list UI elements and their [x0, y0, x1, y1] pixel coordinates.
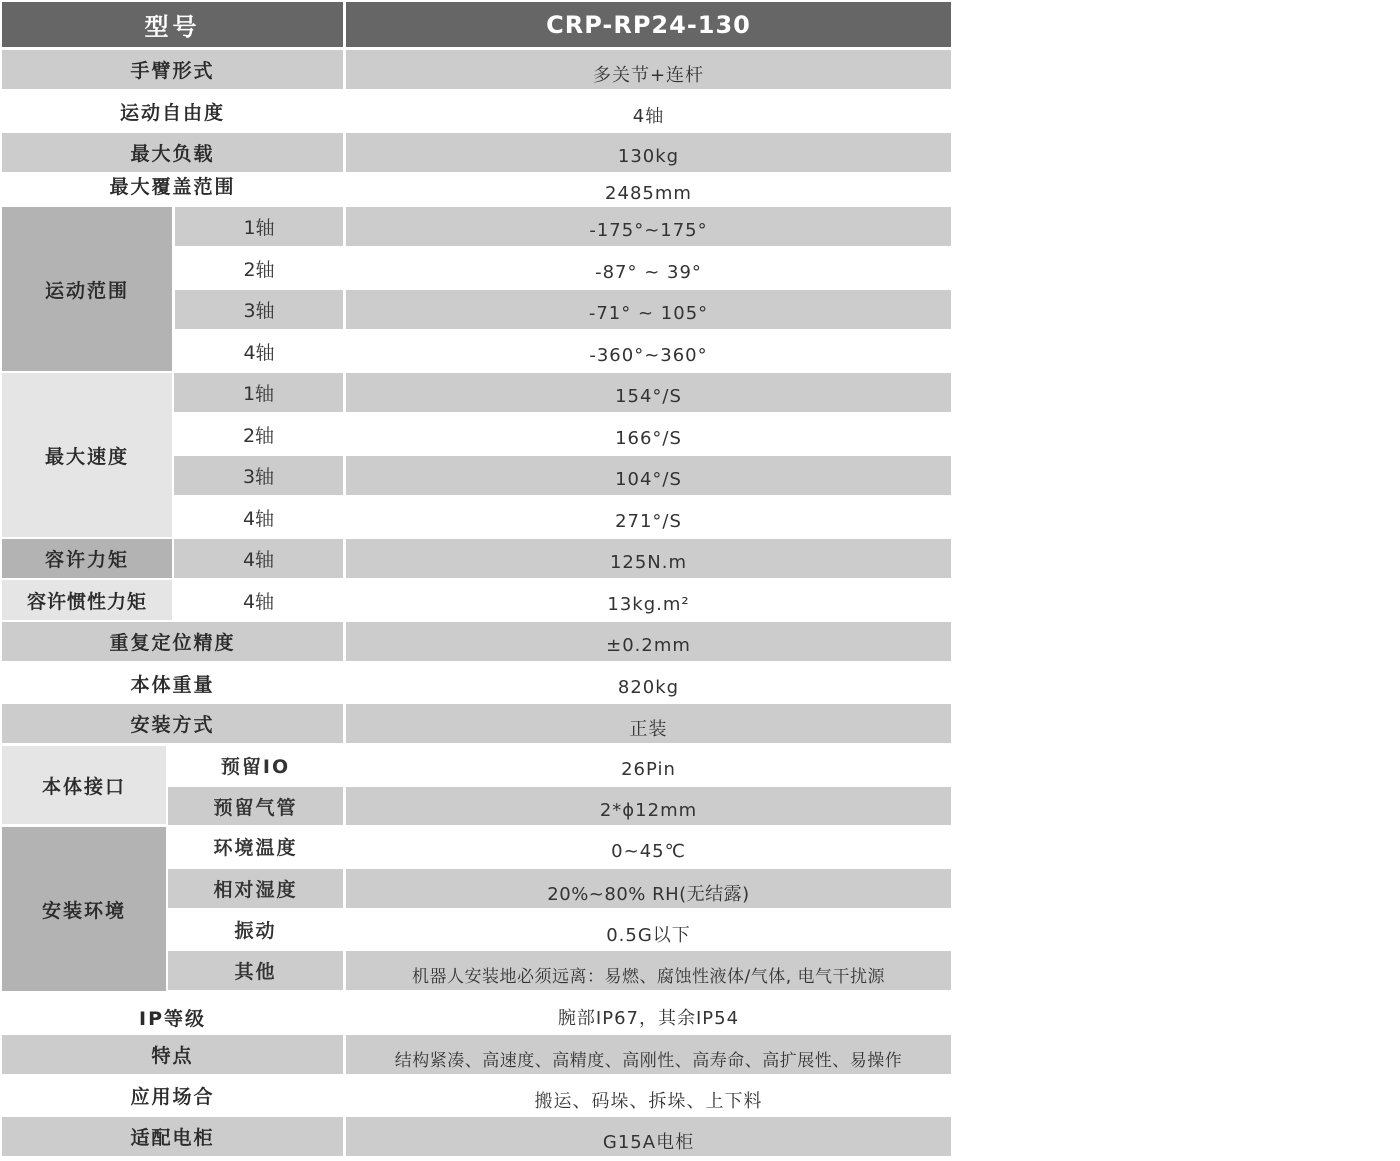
- repeatability-label: 重复定位精度: [2, 622, 343, 661]
- features-value: 结构紧凑、高速度、高精度、高刚性、高寿命、高扩展性、易操作: [346, 1035, 951, 1074]
- max-speed-value-4: 271°/S: [346, 497, 951, 538]
- dof-value: 4轴: [346, 91, 951, 131]
- env-other-value: 机器人安装地必须远离：易燃、腐蚀性液体/气体, 电气干扰源: [346, 951, 951, 990]
- applications-value: 搬运、码垛、拆垛、上下料: [346, 1075, 951, 1116]
- interface-air-value: 2*ϕ12mm: [346, 787, 951, 825]
- max-reach-value: 2485mm: [346, 172, 951, 207]
- env-humidity-value: 20%~80% RH(无结露): [346, 869, 951, 908]
- controller-label: 适配电柜: [2, 1117, 343, 1156]
- features-label: 特点: [2, 1035, 343, 1074]
- allowable-inertia-value: 13kg.m²: [346, 580, 951, 620]
- motion-range-value-1: -175°~175°: [346, 207, 951, 246]
- header-label-cell: 型号: [2, 2, 343, 47]
- header-label: 型号: [145, 7, 201, 42]
- allowable-torque-value: 125N.m: [346, 539, 951, 578]
- max-speed-axis-1: 1轴: [174, 373, 343, 412]
- max-reach-label: 最大覆盖范围: [2, 172, 343, 204]
- env-vibration-label: 振动: [168, 910, 343, 950]
- interface-air-label: 预留气管: [168, 787, 343, 825]
- controller-value: G15A电柜: [346, 1117, 951, 1156]
- motion-range-value-2: -87° ~ 39°: [346, 248, 951, 289]
- max-speed-label: 最大速度: [2, 373, 172, 537]
- motion-range-axis-4: 4轴: [175, 331, 343, 372]
- interface-label: 本体接口: [2, 746, 166, 824]
- allowable-torque-axis: 4轴: [174, 539, 343, 578]
- header-model-cell: CRP-RP24-130: [346, 2, 951, 47]
- repeatability-value: ±0.2mm: [346, 622, 951, 661]
- arm-type-value: 多关节+连杆: [346, 50, 951, 89]
- interface-io-value: 26Pin: [346, 746, 951, 784]
- ip-rating-label: IP等级: [2, 992, 343, 1034]
- mounting-label: 安装方式: [2, 704, 343, 743]
- model-name: CRP-RP24-130: [546, 11, 751, 39]
- max-speed-axis-4: 4轴: [174, 497, 343, 538]
- allowable-torque-label: 容许力矩: [2, 539, 172, 578]
- mounting-value: 正装: [346, 704, 951, 743]
- interface-io-label: 预留IO: [168, 746, 343, 784]
- max-speed-axis-3: 3轴: [174, 456, 343, 495]
- max-speed-value-3: 104°/S: [346, 456, 951, 495]
- env-humidity-label: 相对湿度: [168, 869, 343, 908]
- allowable-inertia-axis: 4轴: [174, 580, 343, 620]
- max-payload-value: 130kg: [346, 133, 951, 172]
- env-other-label: 其他: [168, 951, 343, 990]
- motion-range-axis-2: 2轴: [175, 248, 343, 289]
- max-payload-label: 最大负载: [2, 133, 343, 172]
- motion-range-value-4: -360°~360°: [346, 331, 951, 372]
- ip-rating-value: 腕部IP67，其余IP54: [346, 992, 951, 1034]
- environment-label: 安装环境: [2, 827, 166, 991]
- allowable-inertia-label: 容许惯性力矩: [2, 580, 172, 620]
- motion-range-axis-3: 3轴: [175, 290, 343, 329]
- env-vibration-value: 0.5G以下: [346, 910, 951, 950]
- motion-range-value-3: -71° ~ 105°: [346, 290, 951, 329]
- arm-type-label: 手臂形式: [2, 50, 343, 89]
- env-temp-label: 环境温度: [168, 827, 343, 867]
- max-speed-value-2: 166°/S: [346, 414, 951, 455]
- weight-value: 820kg: [346, 663, 951, 703]
- max-speed-axis-2: 2轴: [174, 414, 343, 455]
- max-speed-value-1: 154°/S: [346, 373, 951, 412]
- motion-range-label: 运动范围: [2, 207, 172, 371]
- motion-range-axis-1: 1轴: [175, 207, 343, 246]
- dof-label: 运动自由度: [2, 91, 343, 131]
- weight-label: 本体重量: [2, 663, 343, 703]
- applications-label: 应用场合: [2, 1075, 343, 1116]
- env-temp-value: 0~45℃: [346, 827, 951, 867]
